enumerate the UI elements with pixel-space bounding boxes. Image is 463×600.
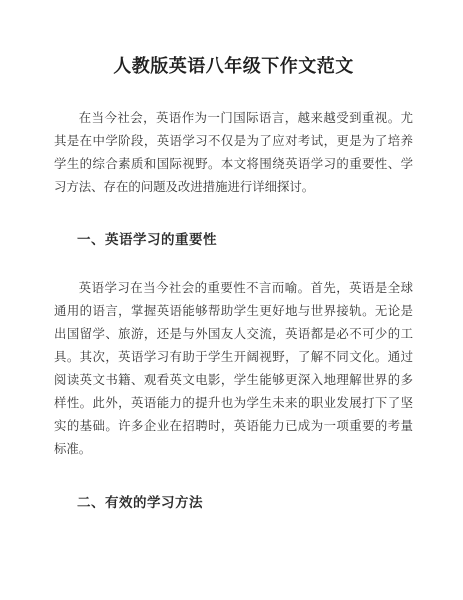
section-2-heading: 二、有效的学习方法 xyxy=(54,491,413,514)
section-1-paragraph: 英语学习在当今社会的重要性不言而喻。首先，英语是全球通用的语言，掌握英语能够帮助… xyxy=(54,277,413,461)
document-page: 人教版英语八年级下作文范文 在当今社会，英语作为一门国际语言，越来越受到重视。尤… xyxy=(0,0,463,600)
document-title: 人教版英语八年级下作文范文 xyxy=(54,53,413,79)
section-1-heading: 一、英语学习的重要性 xyxy=(54,228,413,251)
intro-paragraph: 在当今社会，英语作为一门国际语言，越来越受到重视。尤其是在中学阶段，英语学习不仅… xyxy=(54,107,413,199)
